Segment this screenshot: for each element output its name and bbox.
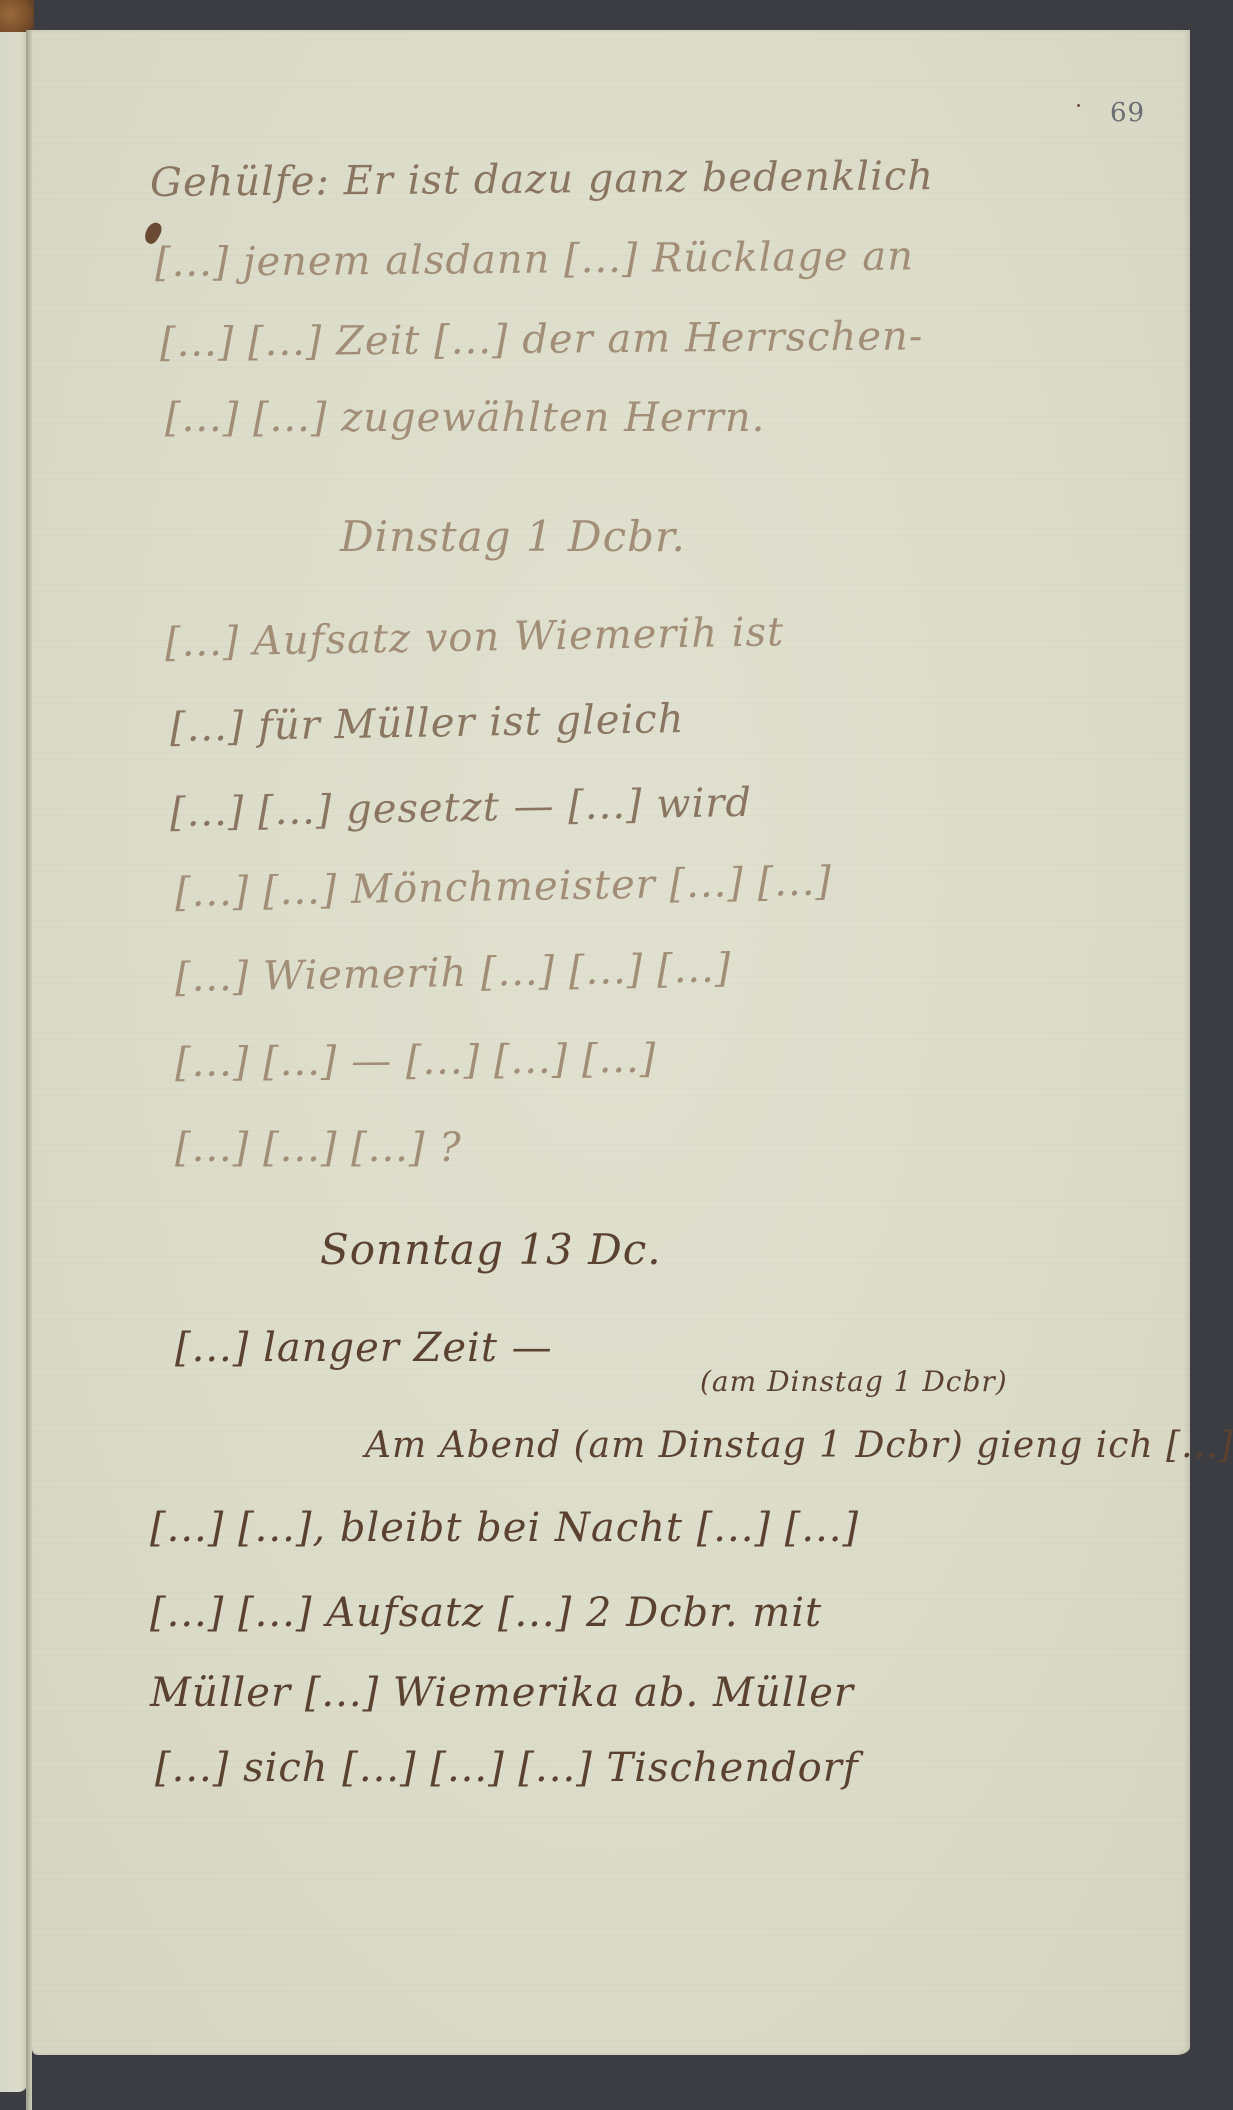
manuscript-line: [...] für Müller ist gleich	[170, 696, 685, 751]
manuscript-line: [...] [...] Aufsatz [...] 2 Dcbr. mit	[150, 1590, 822, 1636]
manuscript-line: Müller [...] Wiemerika ab. Müller	[150, 1670, 854, 1716]
manuscript-line: [...] jenem alsdann [...] Rücklage an	[155, 233, 914, 286]
ink-speck	[1077, 104, 1080, 107]
entry-date-heading: Dinstag 1 Dcbr.	[340, 512, 686, 561]
manuscript-line: Gehülfe: Er ist dazu ganz bedenklich	[150, 153, 934, 206]
book-binding-corner	[0, 0, 34, 34]
interlinear-insertion: (am Dinstag 1 Dcbr)	[700, 1365, 1008, 1398]
manuscript-line: [...] sich [...] [...] [...] Tischendorf	[155, 1745, 859, 1791]
manuscript-line: [...] [...], bleibt bei Nacht [...] [...…	[150, 1505, 859, 1551]
manuscript-line: [...] langer Zeit —	[175, 1325, 553, 1371]
manuscript-line: [...] [...] [...] ?	[175, 1125, 462, 1171]
adjacent-page-edge	[0, 32, 28, 2092]
manuscript-line: [...] Wiemerih [...] [...] [...]	[175, 945, 732, 1001]
page-number: 69	[1110, 98, 1145, 128]
manuscript-line: [...] [...] — [...] [...] [...]	[175, 1036, 657, 1086]
manuscript-line: [...] [...] zugewählten Herrn.	[165, 395, 765, 441]
manuscript-line: Am Abend (am Dinstag 1 Dcbr) gieng ich […	[365, 1425, 1233, 1466]
entry-date-heading: Sonntag 13 Dc.	[320, 1225, 662, 1274]
manuscript-line: [...] [...] Zeit [...] der am Herrschen-	[160, 313, 924, 366]
